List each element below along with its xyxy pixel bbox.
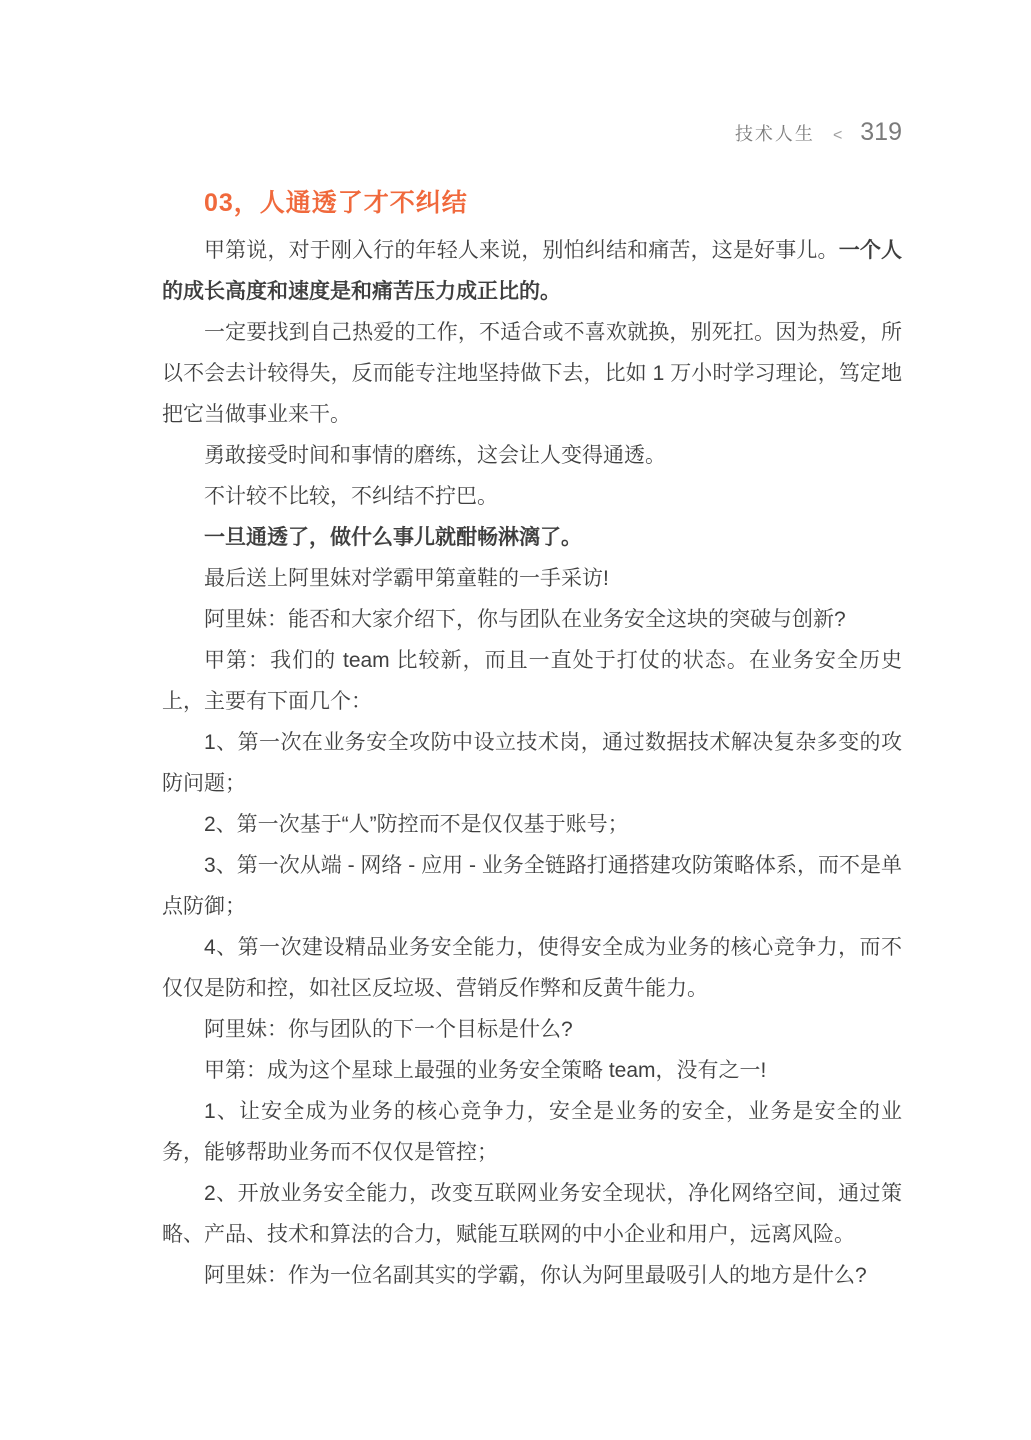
paragraph-segment: 1、第一次在业务安全攻防中设立技术岗，通过数据技术解决复杂多变的攻防问题；: [162, 731, 902, 795]
paragraph: 4、第一次建设精品业务安全能力，使得安全成为业务的核心竞争力，而不仅仅是防和控，…: [162, 927, 902, 1009]
paragraph: 阿里妹：你与团队的下一个目标是什么?: [162, 1009, 902, 1050]
paragraph: 勇敢接受时间和事情的磨练，这会让人变得通透。: [162, 435, 902, 476]
book-page: 技术人生 < 319 03，人通透了才不纠结 甲第说，对于刚入行的年轻人来说，别…: [0, 0, 1031, 1440]
paragraph-segment: 甲第：成为这个星球上最强的业务安全策略 team，没有之一!: [204, 1059, 766, 1082]
paragraph: 1、让安全成为业务的核心竞争力，安全是业务的安全，业务是安全的业务，能够帮助业务…: [162, 1091, 902, 1173]
paragraph-segment: 4、第一次建设精品业务安全能力，使得安全成为业务的核心竞争力，而不仅仅是防和控，…: [162, 936, 902, 1000]
paragraph: 阿里妹：能否和大家介绍下，你与团队在业务安全这块的突破与创新?: [162, 599, 902, 640]
paragraph: 2、开放业务安全能力，改变互联网业务安全现状，净化网络空间，通过策略、产品、技术…: [162, 1173, 902, 1255]
paragraph: 甲第：成为这个星球上最强的业务安全策略 team，没有之一!: [162, 1050, 902, 1091]
section-heading: 03，人通透了才不纠结: [204, 183, 468, 219]
paragraph-bold-segment: 一旦通透了，做什么事儿就酣畅淋漓了。: [204, 526, 582, 549]
paragraph: 阿里妹：作为一位名副其实的学霸，你认为阿里最吸引人的地方是什么?: [162, 1255, 902, 1296]
paragraph-segment: 不计较不比较，不纠结不拧巴。: [204, 485, 498, 508]
paragraph-segment: 2、第一次基于“人”防控而不是仅仅基于账号；: [204, 813, 629, 836]
body-text: 甲第说，对于刚入行的年轻人来说，别怕纠结和痛苦，这是好事儿。一个人的成长高度和速…: [162, 230, 902, 1296]
running-header: 技术人生 < 319: [735, 118, 902, 147]
paragraph-segment: 勇敢接受时间和事情的磨练，这会让人变得通透。: [204, 444, 666, 467]
paragraph: 1、第一次在业务安全攻防中设立技术岗，通过数据技术解决复杂多变的攻防问题；: [162, 722, 902, 804]
paragraph: 甲第：我们的 team 比较新，而且一直处于打仗的状态。在业务安全历史上，主要有…: [162, 640, 902, 722]
paragraph-segment: 甲第：我们的 team 比较新，而且一直处于打仗的状态。在业务安全历史上，主要有…: [162, 649, 902, 713]
paragraph: 3、第一次从端 - 网络 - 应用 - 业务全链路打通搭建攻防策略体系，而不是单…: [162, 845, 902, 927]
paragraph-segment: 一定要找到自己热爱的工作，不适合或不喜欢就换，别死扛。因为热爱，所以不会去计较得…: [162, 321, 902, 426]
paragraph-segment: 1、让安全成为业务的核心竞争力，安全是业务的安全，业务是安全的业务，能够帮助业务…: [162, 1100, 902, 1164]
paragraph-segment: 2、开放业务安全能力，改变互联网业务安全现状，净化网络空间，通过策略、产品、技术…: [162, 1182, 902, 1246]
header-separator: <: [833, 127, 842, 145]
paragraph: 2、第一次基于“人”防控而不是仅仅基于账号；: [162, 804, 902, 845]
paragraph: 一定要找到自己热爱的工作，不适合或不喜欢就换，别死扛。因为热爱，所以不会去计较得…: [162, 312, 902, 435]
paragraph-segment: 阿里妹：作为一位名副其实的学霸，你认为阿里最吸引人的地方是什么?: [204, 1264, 867, 1287]
paragraph: 不计较不比较，不纠结不拧巴。: [162, 476, 902, 517]
paragraph: 一旦通透了，做什么事儿就酣畅淋漓了。: [162, 517, 902, 558]
paragraph-segment: 3、第一次从端 - 网络 - 应用 - 业务全链路打通搭建攻防策略体系，而不是单…: [162, 854, 902, 918]
header-page-number: 319: [860, 118, 902, 147]
paragraph-segment: 最后送上阿里妹对学霸甲第童鞋的一手采访!: [204, 567, 609, 590]
paragraph: 最后送上阿里妹对学霸甲第童鞋的一手采访!: [162, 558, 902, 599]
paragraph-segment: 甲第说，对于刚入行的年轻人来说，别怕纠结和痛苦，这是好事儿。: [204, 239, 839, 262]
header-section-title: 技术人生: [735, 120, 815, 146]
paragraph-segment: 阿里妹：你与团队的下一个目标是什么?: [204, 1018, 573, 1041]
paragraph-segment: 阿里妹：能否和大家介绍下，你与团队在业务安全这块的突破与创新?: [204, 608, 846, 631]
paragraph: 甲第说，对于刚入行的年轻人来说，别怕纠结和痛苦，这是好事儿。一个人的成长高度和速…: [162, 230, 902, 312]
